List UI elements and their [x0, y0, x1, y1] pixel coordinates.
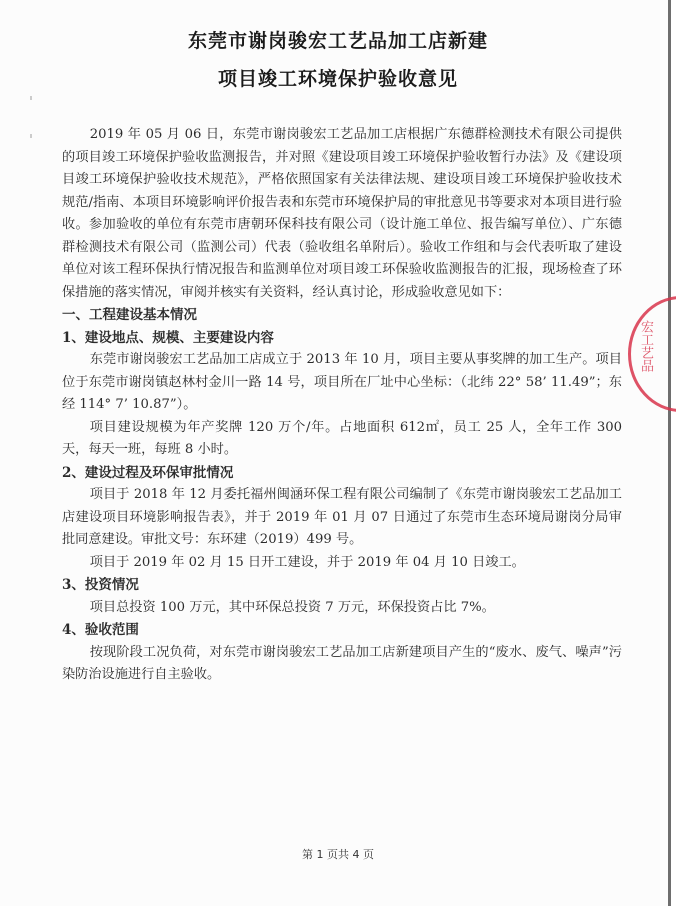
sub3-paragraph1: 项目总投资 100 万元，其中环保总投资 7 万元，环保投资占比 7%。	[62, 597, 622, 620]
document-title-line2: 项目竣工环境保护验收意见	[0, 64, 676, 91]
margin-mark	[30, 134, 32, 138]
document-title-line1: 东莞市谢岗骏宏工艺品加工店新建	[0, 26, 676, 53]
sub2-paragraph1: 项目于 2018 年 12 月委托福州闽涵环保工程有限公司编制了《东莞市谢岗骏宏…	[62, 484, 622, 552]
sub3-heading: 3、投资情况	[62, 574, 622, 597]
sub2-paragraph2: 项目于 2019 年 02 月 15 日开工建设，并于 2019 年 04 月 …	[62, 552, 622, 575]
sub2-heading: 2、建设过程及环保审批情况	[62, 462, 622, 485]
sub1-heading: 1、建设地点、规模、主要建设内容	[62, 327, 622, 350]
page-number-footer: 第 1 页共 4 页	[0, 846, 676, 862]
sub4-paragraph1: 按现阶段工况负荷，对东莞市谢岗骏宏工艺品加工店新建项目产生的“废水、废气、噪声”…	[62, 642, 622, 687]
sub1-paragraph2: 项目建设规模为年产奖牌 120 万个/年。占地面积 612㎡，员工 25 人，全…	[62, 417, 622, 462]
seal-text: 宏工艺品	[636, 320, 655, 372]
sub1-paragraph1: 东莞市谢岗骏宏工艺品加工店成立于 2013 年 10 月，项目主要从事奖牌的加工…	[62, 349, 622, 417]
margin-mark	[30, 96, 32, 100]
document-body: 2019 年 05 月 06 日，东莞市谢岗骏宏工艺品加工店根据广东德群检测技术…	[62, 124, 622, 687]
intro-paragraph: 2019 年 05 月 06 日，东莞市谢岗骏宏工艺品加工店根据广东德群检测技术…	[62, 124, 622, 304]
sub4-heading: 4、验收范围	[62, 619, 622, 642]
document-page: 东莞市谢岗骏宏工艺品加工店新建 项目竣工环境保护验收意见 2019 年 05 月…	[0, 0, 671, 906]
section1-heading: 一、工程建设基本情况	[62, 304, 622, 327]
